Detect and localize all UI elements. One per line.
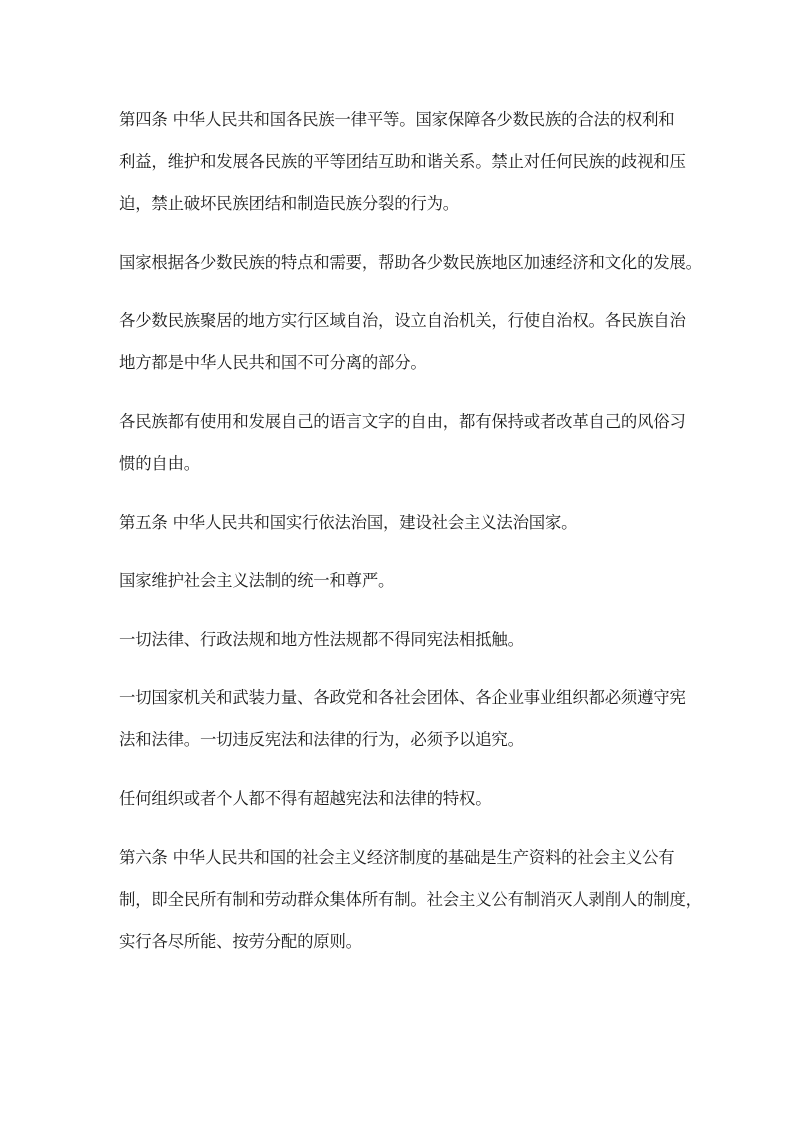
text-line: 法和法律。一切违反宪法和法律的行为，必须予以追究。 bbox=[119, 729, 524, 751]
text-line: 制，即全民所有制和劳动群众集体所有制。社会主义公有制消灭人剥削人的制度， bbox=[119, 889, 702, 911]
text-line: 利益，维护和发展各民族的平等团结互助和谐关系。禁止对任何民族的歧视和压 bbox=[119, 151, 686, 173]
text-line: 惯的自由。 bbox=[119, 453, 200, 475]
text-line: 第五条 中华人民共和国实行依法治国，建设社会主义法治国家。 bbox=[119, 512, 577, 534]
text-line: 国家根据各少数民族的特点和需要，帮助各少数民族地区加速经济和文化的发展。 bbox=[119, 252, 702, 274]
text-line: 各民族都有使用和发展自己的语言文字的自由，都有保持或者改革自己的风俗习 bbox=[119, 411, 686, 433]
text-line: 第六条 中华人民共和国的社会主义经济制度的基础是生产资料的社会主义公有 bbox=[119, 847, 675, 869]
text-line: 迫，禁止破坏民族团结和制造民族分裂的行为。 bbox=[119, 193, 459, 215]
text-line: 实行各尽所能、按劳分配的原则。 bbox=[119, 931, 362, 953]
text-line: 国家维护社会主义法制的统一和尊严。 bbox=[119, 570, 394, 592]
text-line: 各少数民族聚居的地方实行区域自治，设立自治机关，行使自治权。各民族自治 bbox=[119, 310, 686, 332]
text-line: 一切国家机关和武装力量、各政党和各社会团体、各企业事业组织都必须遵守宪 bbox=[119, 687, 686, 709]
text-line: 任何组织或者个人都不得有超越宪法和法律的特权。 bbox=[119, 788, 491, 810]
text-line: 一切法律、行政法规和地方性法规都不得同宪法相抵触。 bbox=[119, 629, 524, 651]
text-line: 第四条 中华人民共和国各民族一律平等。国家保障各少数民族的合法的权利和 bbox=[119, 109, 675, 131]
text-line: 地方都是中华人民共和国不可分离的部分。 bbox=[119, 352, 427, 374]
